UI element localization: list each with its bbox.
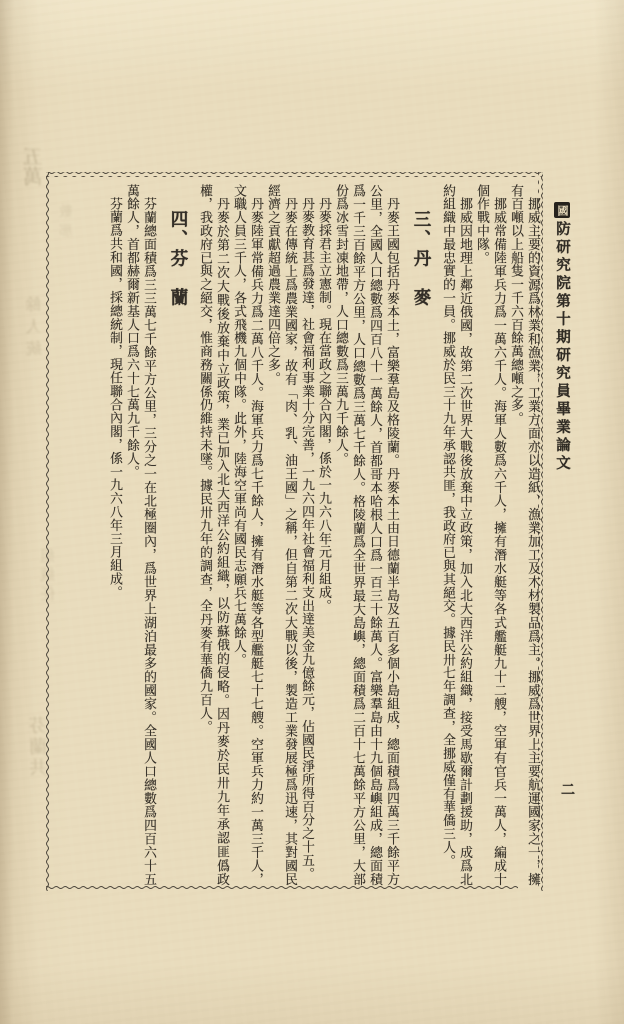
finland-paragraph: 芬蘭爲共和國，採總統制，現任聯合內閣，係一九六八年三月組成。: [106, 184, 123, 886]
norway-paragraph: 挪威常備陸軍兵力爲一萬六千人。海軍人數爲六千人，擁有潛水艇等各式艦艇九十二艘，空…: [473, 184, 507, 886]
denmark-paragraph: 丹麥在傳統上爲農業國家，故有「肉、乳、油王國」之稱，但自第二次大戰以後，製造工業…: [264, 184, 298, 886]
scanned-document-page: 五萬 餘人統 組絨任 芬蘭共 數那 國防研究院第十期研究員畢業論文 二 挪威主要…: [0, 0, 624, 1024]
running-title: 國防研究院第十期研究員畢業論文: [552, 202, 573, 502]
body-text-block: 挪威主要的資源爲林業和漁業，工業方面亦以造紙、漁業加工及木材製品爲主。挪威爲世界…: [44, 184, 541, 886]
page-number: 二: [556, 782, 576, 796]
norway-paragraph: 挪威因地理上鄰近俄國，故第二次世界大戰後放棄中立政策，加入北大西洋公約組織，接受…: [439, 184, 473, 886]
denmark-paragraph: 丹麥王國包括丹麥本土，富樂羣島及格陵蘭。丹麥本土由日德蘭半島及五百多個小島組成，…: [332, 184, 400, 886]
denmark-paragraph: 丹麥教育甚爲發達，社會福利事業十分完善，一九六四年社會福利支出達美金九億餘元，佔…: [298, 184, 315, 886]
section-heading-finland: 四、芬 蘭: [170, 184, 187, 886]
institute-emblem-icon: 國: [554, 202, 570, 218]
denmark-paragraph: 丹麥採君主立憲制。現在當政之聯合內閣，係於一九六八年元月組成。: [315, 184, 332, 886]
running-title-text: 防研究院第十期研究員畢業論文: [554, 221, 570, 473]
denmark-paragraph: 丹麥陸軍常備兵力爲二萬八千人。海軍兵力爲七千餘人，擁有潛水艇等各型艦艇七十七艘。…: [230, 184, 264, 886]
norway-paragraph: 挪威主要的資源爲林業和漁業，工業方面亦以造紙、漁業加工及木材製品爲主。挪威爲世界…: [507, 184, 541, 886]
finland-paragraph: 芬蘭總面積爲三三萬七千餘平方公里，三分之一在北極圈內，爲世界上湖泊最多的國家。全…: [123, 184, 157, 886]
denmark-paragraph: 丹麥於第二次大戰後放棄中立政策，業已加入北大西洋公約組織，以防蘇俄的侵略。因丹麥…: [196, 184, 230, 886]
section-heading-denmark: 三、丹 麥: [413, 184, 430, 886]
